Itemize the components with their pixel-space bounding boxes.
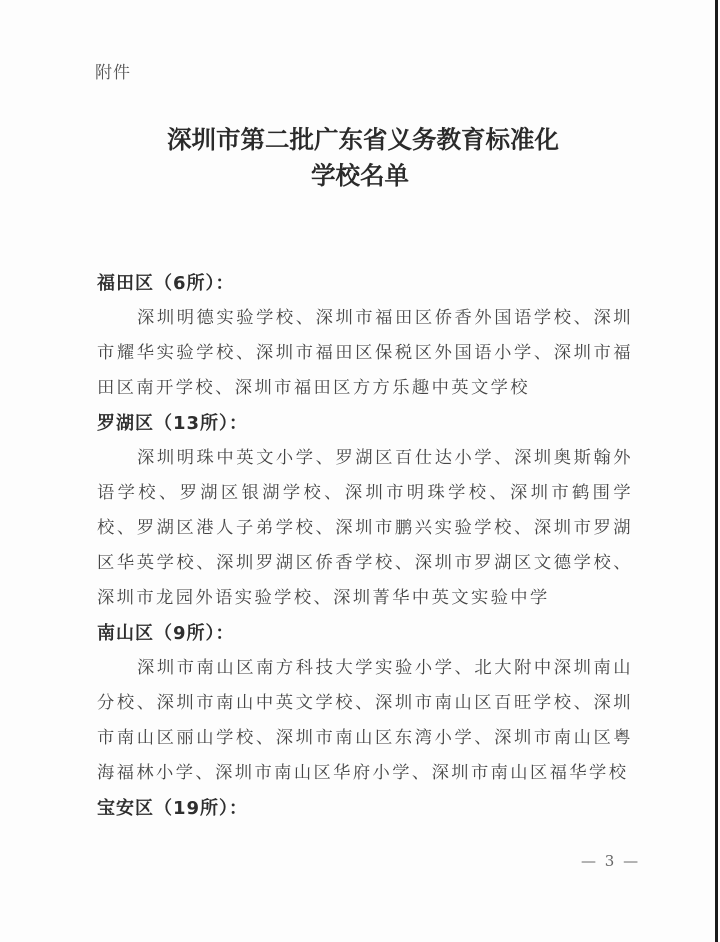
district-section-baoan: 宝安区（19所）： (97, 791, 633, 826)
district-heading: 福田区（6所）： (97, 266, 633, 301)
title-line-1: 深圳市第二批广东省义务教育标准化 (0, 122, 720, 158)
district-heading: 宝安区（19所）： (97, 791, 633, 826)
document-title: 深圳市第二批广东省义务教育标准化 学校名单 (0, 122, 720, 194)
page-number: — 3 — (581, 852, 640, 870)
school-list: 福田区（6所）： 深圳明德实验学校、深圳市福田区侨香外国语学校、深圳市耀华实验学… (97, 266, 633, 826)
district-schools: 深圳明珠中英文小学、罗湖区百仕达小学、深圳奥斯翰外语学校、罗湖区银湖学校、深圳市… (97, 441, 633, 616)
district-heading: 南山区（9所）： (97, 616, 633, 651)
district-heading: 罗湖区（13所）： (97, 406, 633, 441)
district-section-futian: 福田区（6所）： 深圳明德实验学校、深圳市福田区侨香外国语学校、深圳市耀华实验学… (97, 266, 633, 406)
district-schools: 深圳市南山区南方科技大学实验小学、北大附中深圳南山分校、深圳市南山中英文学校、深… (97, 651, 633, 791)
district-schools: 深圳明德实验学校、深圳市福田区侨香外国语学校、深圳市耀华实验学校、深圳市福田区保… (97, 301, 633, 406)
title-line-2: 学校名单 (0, 158, 720, 194)
district-section-luohu: 罗湖区（13所）： 深圳明珠中英文小学、罗湖区百仕达小学、深圳奥斯翰外语学校、罗… (97, 406, 633, 616)
attachment-label: 附件 (95, 58, 131, 83)
district-section-nanshan: 南山区（9所）： 深圳市南山区南方科技大学实验小学、北大附中深圳南山分校、深圳市… (97, 616, 633, 791)
